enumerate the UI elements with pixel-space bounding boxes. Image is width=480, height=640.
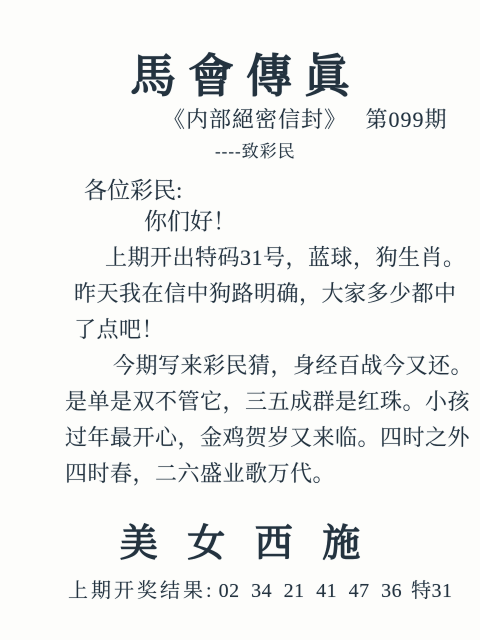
body-line: 昨天我在信中狗路明确，大家多少都中: [74, 276, 480, 312]
body-line: 今期写来彩民猜，身经百战今又还。: [113, 348, 480, 384]
body-line: 四时春，二六盛业歌万代。: [65, 456, 480, 492]
dedication-line: ----致彩民: [215, 137, 296, 162]
fax-document-page: 馬會傳眞 《内部絕密信封》 第099期 ----致彩民 各位彩民: 你们好！ 上…: [0, 0, 480, 640]
result-label: 上期开奖结果:: [68, 580, 215, 602]
salutation: 各位彩民:: [84, 172, 182, 205]
page-title: 馬會傳眞: [0, 40, 480, 106]
result-special-number: 特31: [411, 580, 453, 602]
issue-subtitle: 《内部絕密信封》 第099期: [163, 103, 448, 134]
letter-body: 上期开出特码31号，蓝球，狗生肖。 昨天我在信中狗路明确，大家多少都中 了点吧！…: [0, 240, 480, 492]
greeting: 你们好！: [144, 203, 236, 236]
body-line: 过年最开心，金鸡贺岁又来临。四时之外: [65, 420, 480, 456]
result-numbers: 02 34 21 41 47 36: [219, 580, 403, 602]
body-line: 了点吧！: [74, 312, 480, 348]
last-draw-result: 上期开奖结果:02 34 21 41 47 36特31: [68, 574, 453, 603]
body-line: 上期开出特码31号，蓝球，狗生肖。: [105, 240, 480, 276]
body-line: 是单是双不管它，三五成群是红珠。小孩: [65, 384, 480, 420]
tip-phrase: 美 女 西 施: [0, 512, 480, 567]
